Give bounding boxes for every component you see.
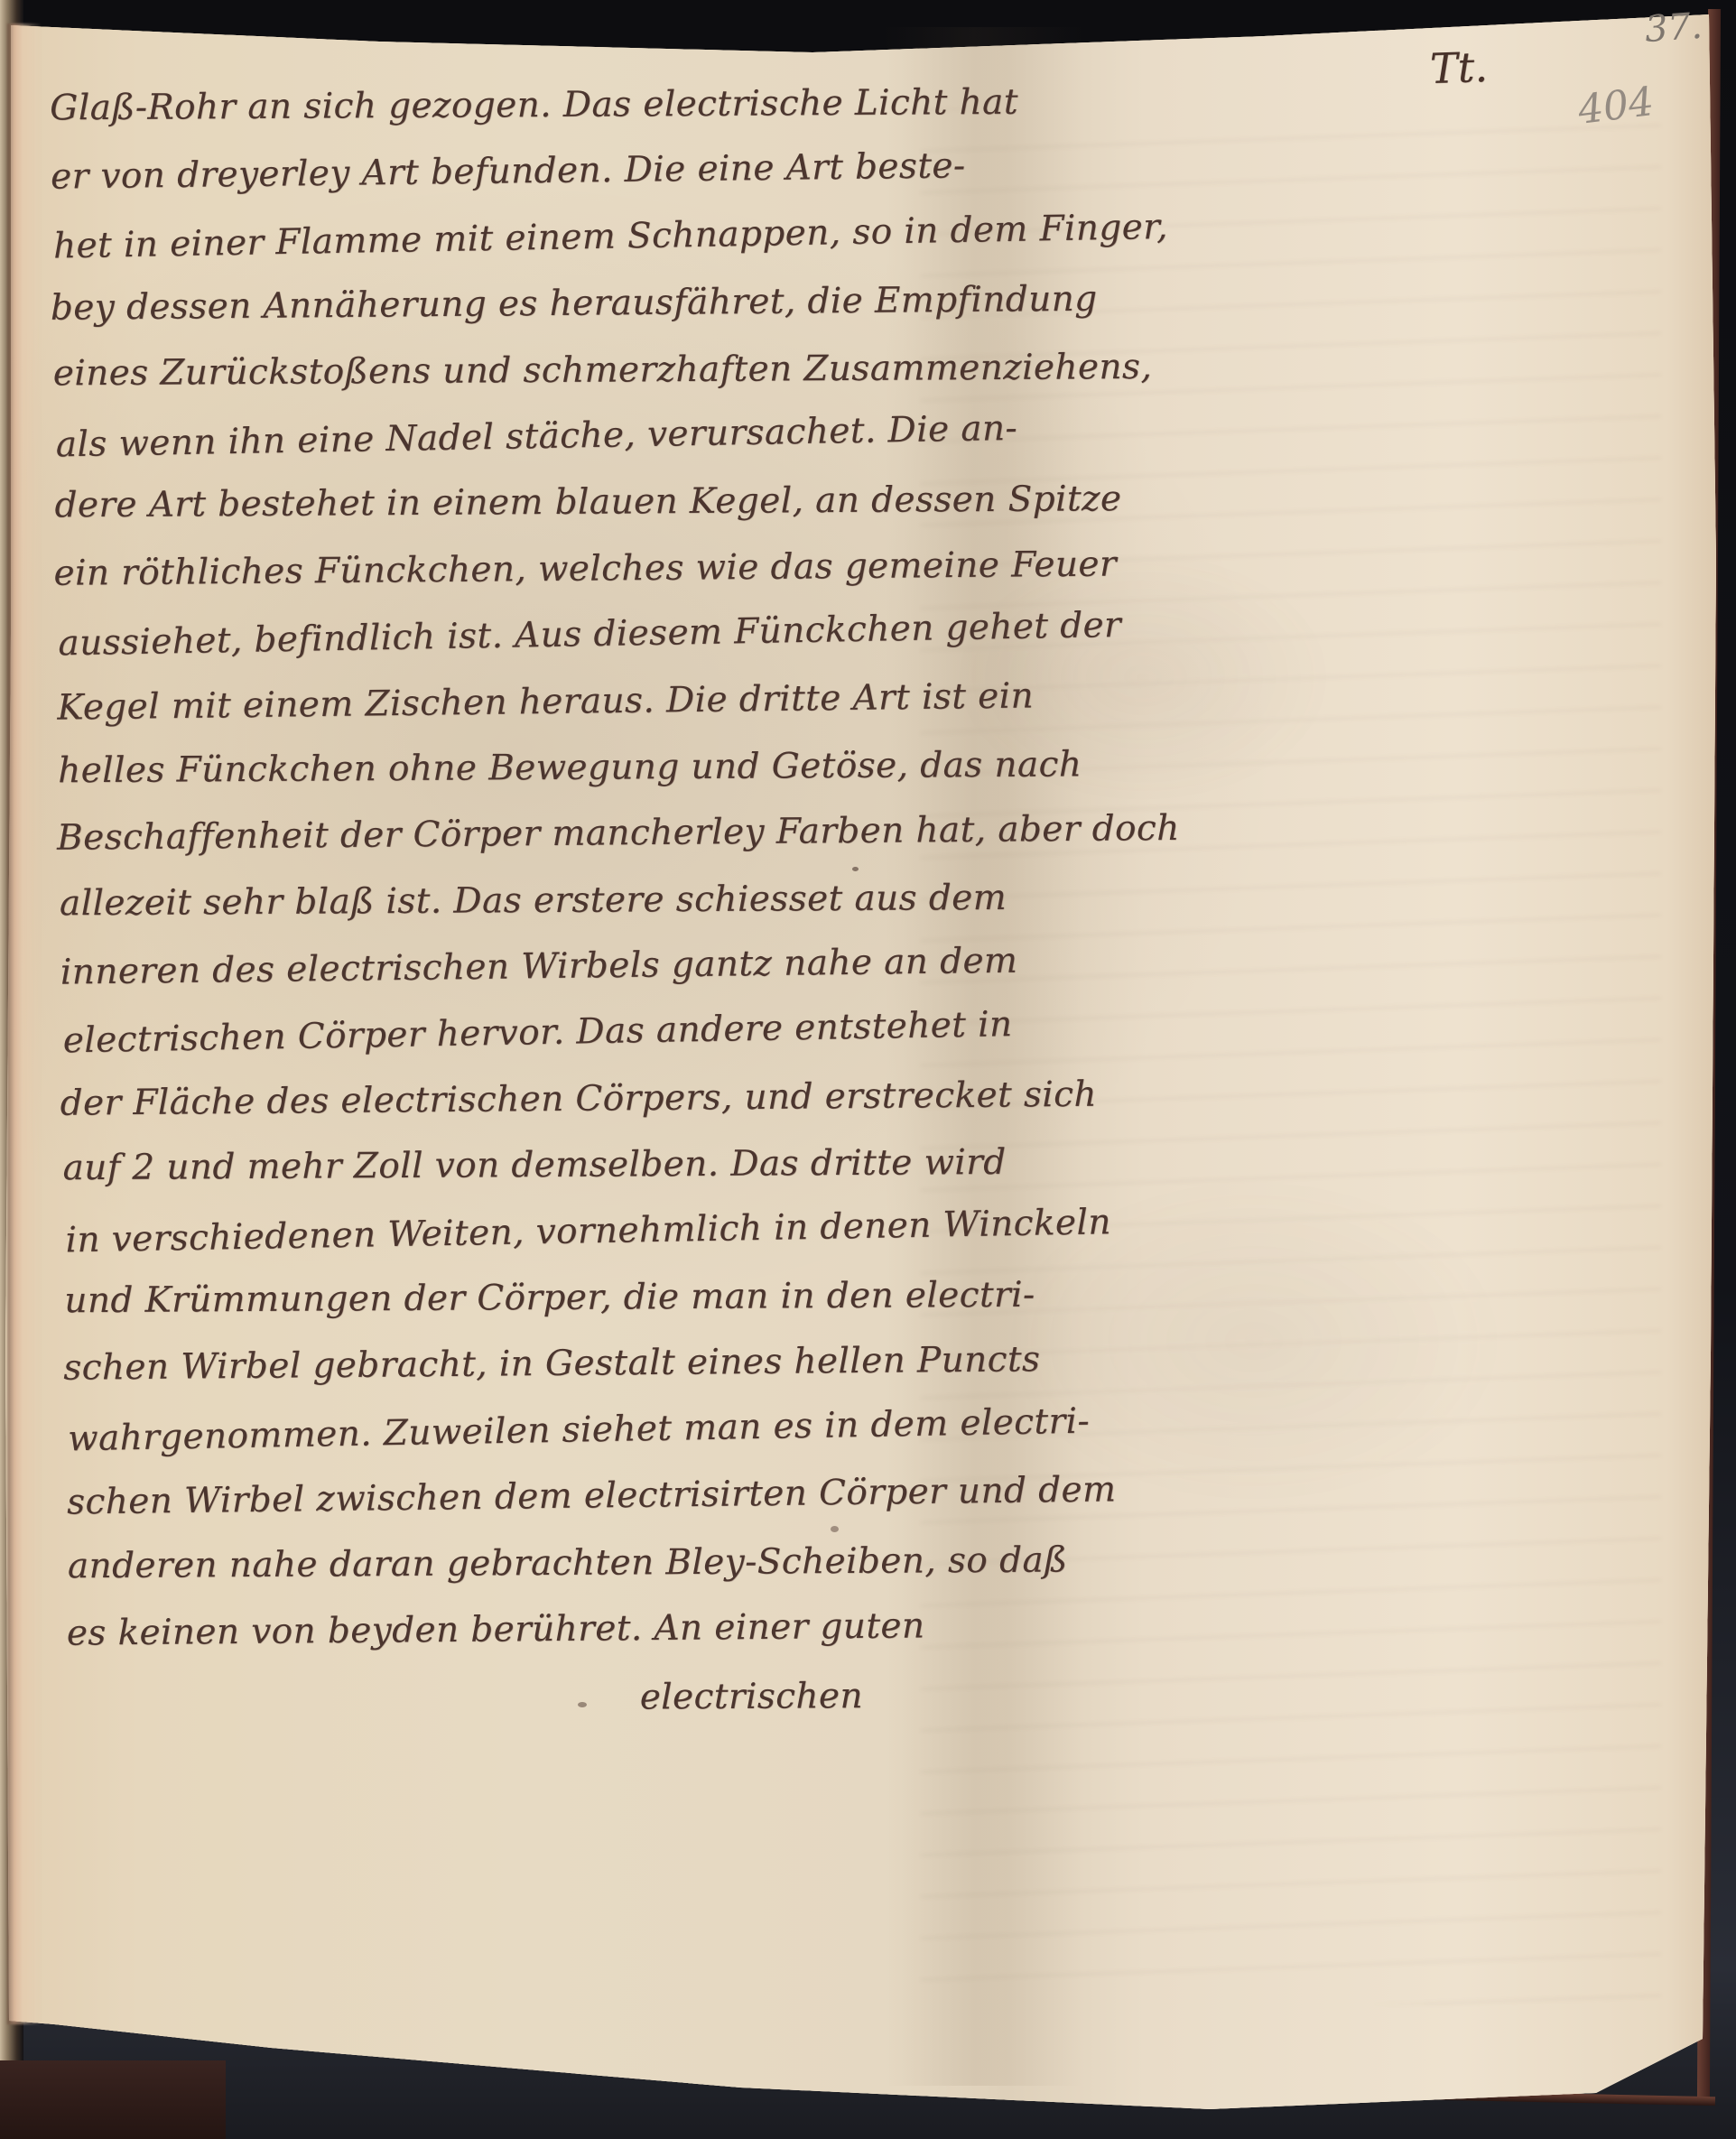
manuscript-line: in verschiedenen Weiten, vornehmlich in …	[65, 1190, 1041, 1273]
manuscript-line: Beschaffenheit der Cörper mancherley Far…	[57, 797, 1033, 872]
manuscript-line: anderen nahe daran gebrachten Bley-Schei…	[68, 1527, 1043, 1599]
manuscript-line: es keinen von beyden berühret. An einer …	[67, 1592, 1043, 1667]
manuscript-line: Glaß-Rohr an sich gezogen. Das electrisc…	[50, 70, 1025, 142]
catchword: electrischen	[70, 1660, 1044, 1737]
book-cover-corner	[0, 2060, 226, 2139]
manuscript-line: schen Wirbel gebracht, in Gestalt eines …	[63, 1327, 1039, 1402]
manuscript-line: eines Zurückstoßens und schmerzhaften Zu…	[53, 334, 1028, 406]
page-left-deckle-edge	[7, 23, 42, 2024]
handwritten-text-block: Glaß-Rohr an sich gezogen. Das electrisc…	[50, 66, 1044, 1740]
manuscript-line: und Krümmungen der Cörper, die man in de…	[64, 1262, 1039, 1335]
manuscript-line: auf 2 und mehr Zoll von demselben. Das d…	[62, 1130, 1037, 1202]
folio-number-pencil: 37.	[1643, 5, 1704, 51]
manuscript-line: als wenn ihn eine Nadel stäche, verursac…	[55, 395, 1031, 479]
ink-speck	[852, 867, 859, 871]
ink-speck	[831, 1526, 839, 1532]
manuscript-line: bey dessen Annäherung es herausfähret, d…	[51, 267, 1026, 342]
foliation-number-pencil: 404	[1575, 79, 1657, 134]
manuscript-line: helles Fünckchen ohne Bewegung und Getös…	[58, 732, 1033, 804]
quire-mark-ink: Tt.	[1429, 42, 1489, 93]
manuscript-line: allezeit sehr blaß ist. Das erstere schi…	[60, 864, 1035, 936]
ink-speck	[578, 1702, 587, 1707]
manuscript-line: der Fläche des electrischen Cörpers, und…	[60, 1062, 1035, 1137]
manuscript-line: dere Art bestehet in einem blauen Kegel,…	[54, 467, 1029, 539]
